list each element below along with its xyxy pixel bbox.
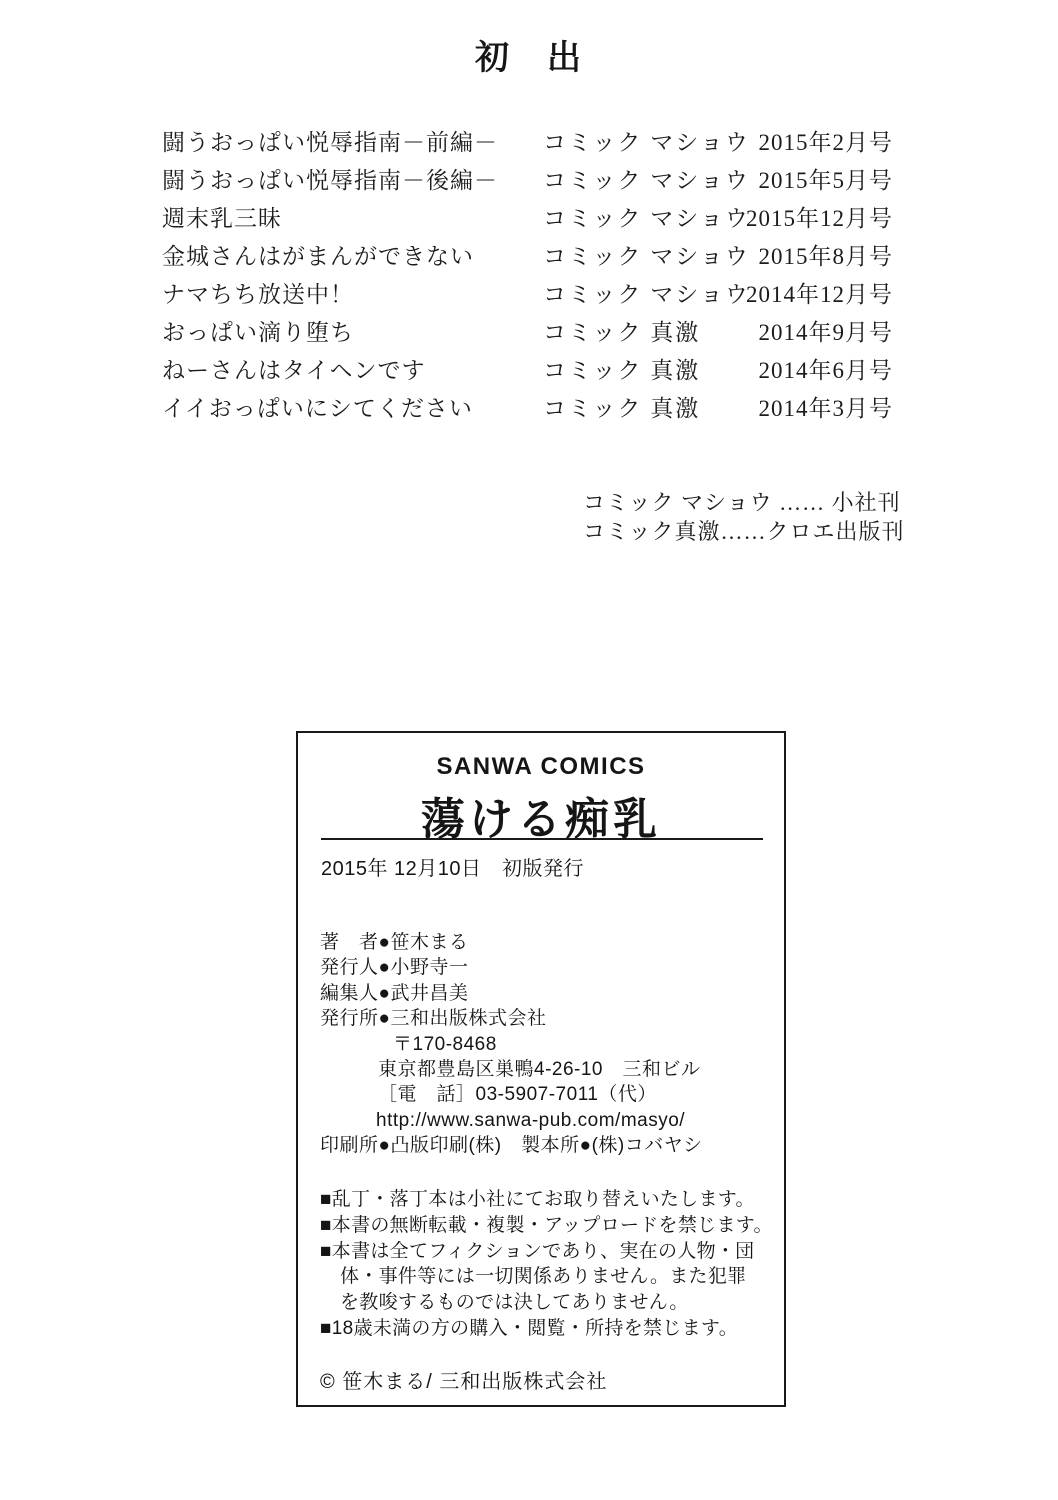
magazine-legend: コミック マショウ …… 小社刊 コミック真激……クロエ出版刊 xyxy=(583,488,905,546)
publication-row: 金城さんはがまんができない コミック マショウ 2015年8月号 xyxy=(162,238,893,276)
magazine-name: コミック 真激 xyxy=(543,390,700,428)
magazine-name: コミック マショウ xyxy=(543,238,750,276)
imprint-label: SANWA COMICS xyxy=(298,753,784,781)
title-divider xyxy=(321,838,763,840)
publication-row: 週末乳三昧 コミック マショウ 2015年12月号 xyxy=(162,200,893,238)
work-title: イイおっぱいにシてください xyxy=(162,396,473,421)
publisher-postal-code: 〒170-8468 xyxy=(320,1032,778,1057)
magazine-name: コミック マショウ xyxy=(543,162,750,200)
work-title: ねーさんはタイヘンです xyxy=(162,358,426,383)
notice-no-reproduction: ■本書の無断転載・複製・アップロードを禁じます。 xyxy=(320,1213,778,1239)
notice-fiction-2: 体・事件等には一切関係ありません。また犯罪 xyxy=(320,1264,778,1290)
notices-block: ■乱丁・落丁本は小社にてお取り替えいたします。 ■本書の無断転載・複製・アップロ… xyxy=(320,1187,778,1342)
work-title: 闘うおっぱい悦辱指南－後編－ xyxy=(162,168,498,193)
edition-date: 2015年 12月10日 初版発行 xyxy=(321,852,584,881)
issue-date: 2015年5月号 xyxy=(759,162,894,200)
work-title: ナマちち放送中！ xyxy=(162,282,354,307)
magazine-name: コミック マショウ xyxy=(543,200,750,238)
credit-publisher: 発行所●三和出版株式会社 xyxy=(320,1006,778,1031)
publication-row: おっぱい滴り堕ち コミック 真激 2014年9月号 xyxy=(162,314,893,352)
credits-block: 著 者●笹木まる 発行人●小野寺一 編集人●武井昌美 発行所●三和出版株式会社 … xyxy=(320,930,778,1159)
notice-age-restriction: ■18歳未満の方の購入・閲覧・所持を禁じます。 xyxy=(320,1316,778,1342)
magazine-name: コミック マショウ xyxy=(543,276,750,314)
magazine-name: コミック 真激 xyxy=(543,352,700,390)
publication-row: 闘うおっぱい悦辱指南－後編－ コミック マショウ 2015年5月号 xyxy=(162,162,893,200)
work-title: 金城さんはがまんができない xyxy=(162,244,474,269)
credit-printing: 印刷所●凸版印刷(株) 製本所●(株)コバヤシ xyxy=(320,1133,778,1158)
issue-date: 2015年12月号 xyxy=(746,200,893,238)
credit-editor: 編集人●武井昌美 xyxy=(320,981,778,1006)
colophon-box: SANWA COMICS 蕩ける痴乳 2015年 12月10日 初版発行 著 者… xyxy=(296,731,786,1407)
work-title: 闘うおっぱい悦辱指南－前編－ xyxy=(162,130,498,155)
magazine-name: コミック 真激 xyxy=(543,314,700,352)
credit-author: 著 者●笹木まる xyxy=(320,930,778,955)
publication-row: 闘うおっぱい悦辱指南－前編－ コミック マショウ 2015年2月号 xyxy=(162,124,893,162)
publication-row: ナマちち放送中！ コミック マショウ 2014年12月号 xyxy=(162,276,893,314)
issue-date: 2014年3月号 xyxy=(759,390,894,428)
legend-shingeki: コミック真激……クロエ出版刊 xyxy=(583,517,905,546)
copyright-line: © 笹木まる/ 三和出版株式会社 xyxy=(320,1365,607,1394)
issue-date: 2014年12月号 xyxy=(746,276,893,314)
first-publication-list: 闘うおっぱい悦辱指南－前編－ コミック マショウ 2015年2月号 闘うおっぱい… xyxy=(162,124,893,428)
publisher-url: http://www.sanwa-pub.com/masyo/ xyxy=(320,1108,778,1133)
notice-returns: ■乱丁・落丁本は小社にてお取り替えいたします。 xyxy=(320,1187,778,1213)
magazine-name: コミック マショウ xyxy=(543,124,750,162)
legend-mashou: コミック マショウ …… 小社刊 xyxy=(583,488,905,517)
publisher-phone: ［電 話］03-5907-7011（代） xyxy=(320,1082,778,1107)
credit-publisher-person: 発行人●小野寺一 xyxy=(320,955,778,980)
issue-date: 2014年6月号 xyxy=(759,352,894,390)
publication-row: イイおっぱいにシてください コミック 真激 2014年3月号 xyxy=(162,390,893,428)
work-title: おっぱい滴り堕ち xyxy=(162,320,354,345)
issue-date: 2014年9月号 xyxy=(759,314,894,352)
publisher-address: 東京都豊島区巣鴨4-26-10 三和ビル xyxy=(320,1057,778,1082)
page-title: 初 出 xyxy=(0,30,1058,79)
notice-fiction-3: を教唆するものでは決してありません。 xyxy=(320,1290,778,1316)
issue-date: 2015年2月号 xyxy=(759,124,894,162)
publication-row: ねーさんはタイヘンです コミック 真激 2014年6月号 xyxy=(162,352,893,390)
issue-date: 2015年8月号 xyxy=(759,238,894,276)
notice-fiction-1: ■本書は全てフィクションであり、実在の人物・団 xyxy=(320,1239,778,1265)
work-title: 週末乳三昧 xyxy=(162,206,282,231)
